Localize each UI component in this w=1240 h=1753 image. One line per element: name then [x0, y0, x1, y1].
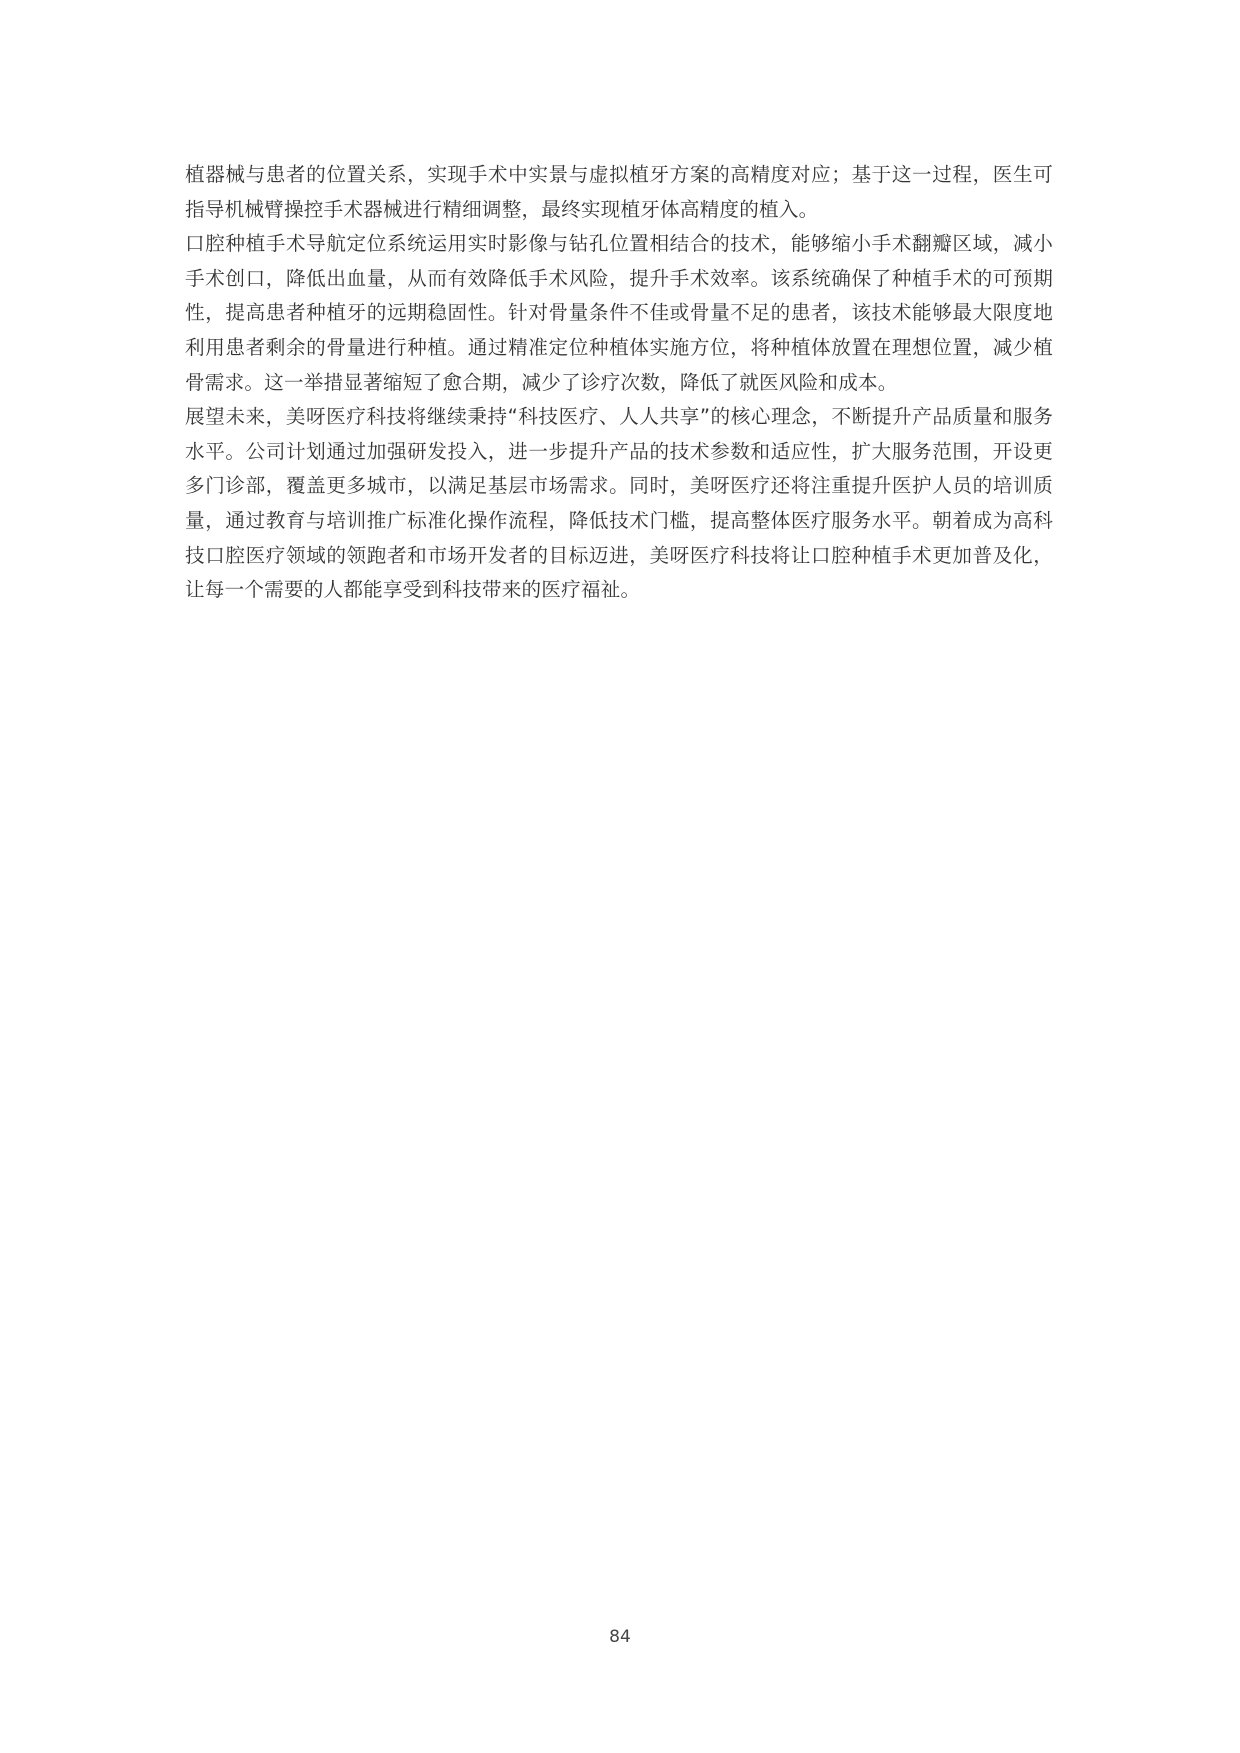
document-body: 植器械与患者的位置关系，实现手术中实景与虚拟植牙方案的高精度对应；基于这一过程，…: [185, 158, 1053, 608]
paragraph-outlook: 展望未来，美呀医疗科技将继续秉持“科技医疗、人人共享”的核心理念，不断提升产品质…: [185, 400, 1053, 608]
paragraph-navigation-intro: 植器械与患者的位置关系，实现手术中实景与虚拟植牙方案的高精度对应；基于这一过程，…: [185, 158, 1053, 227]
paragraph-navigation-system: 口腔种植手术导航定位系统运用实时影像与钻孔位置相结合的技术，能够缩小手术翻瓣区域…: [185, 227, 1053, 400]
page-number: 84: [0, 1627, 1240, 1647]
